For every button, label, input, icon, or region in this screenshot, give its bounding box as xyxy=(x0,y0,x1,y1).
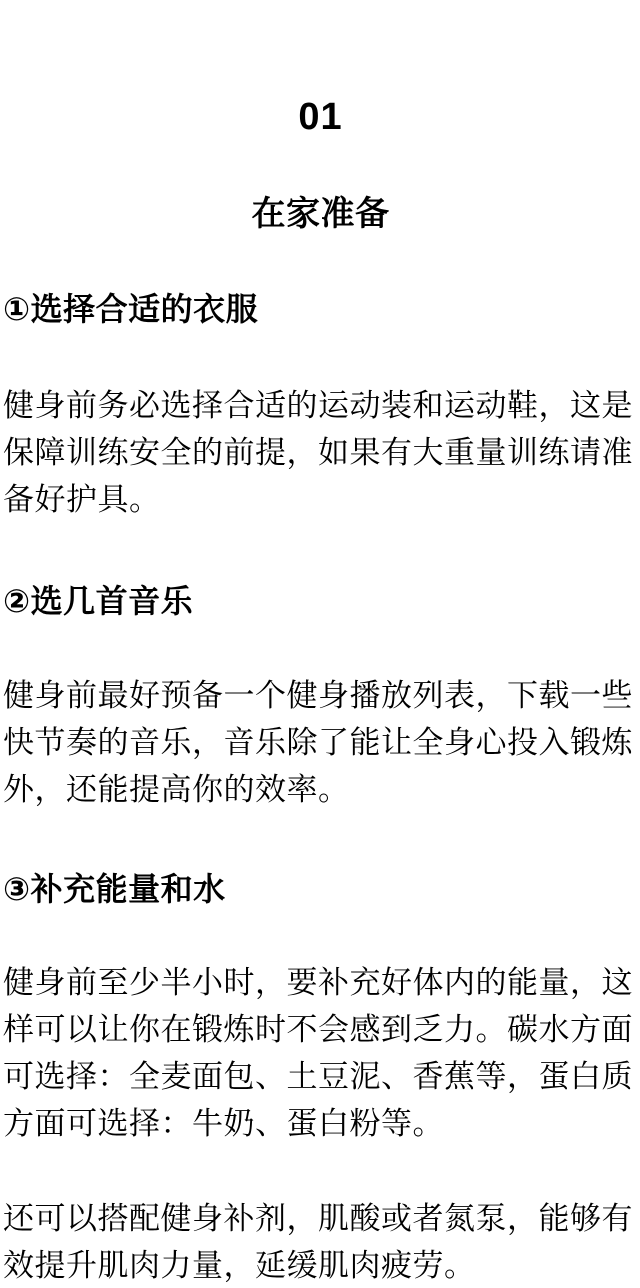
section-paragraph: 健身前务必选择合适的运动装和运动鞋，这是 保障训练安全的前提，如果有大重量训练请… xyxy=(3,382,638,523)
section-paragraph: 健身前最好预备一个健身播放列表，下载一些 快节奏的音乐，音乐除了能让全身心投入锻… xyxy=(3,672,638,813)
section-paragraph: 还可以搭配健身补剂，肌酸或者氮泵，能够有 效提升肌肉力量，延缓肌肉疲劳。 xyxy=(3,1195,638,1288)
chapter-title: 在家准备 xyxy=(3,196,638,232)
chapter-number: 01 xyxy=(3,97,638,137)
section-heading-clothes: ①选择合适的衣服 xyxy=(3,289,638,329)
section-paragraph: 健身前至少半小时，要补充好体内的能量，这 样可以让你在锻炼时不会感到乏力。碳水方… xyxy=(3,959,638,1147)
section-heading-energy-water: ③补充能量和水 xyxy=(3,869,638,909)
article-page: 01 在家准备 ①选择合适的衣服 健身前务必选择合适的运动装和运动鞋，这是 保障… xyxy=(0,0,640,1288)
section-heading-music: ②选几首音乐 xyxy=(3,581,638,621)
